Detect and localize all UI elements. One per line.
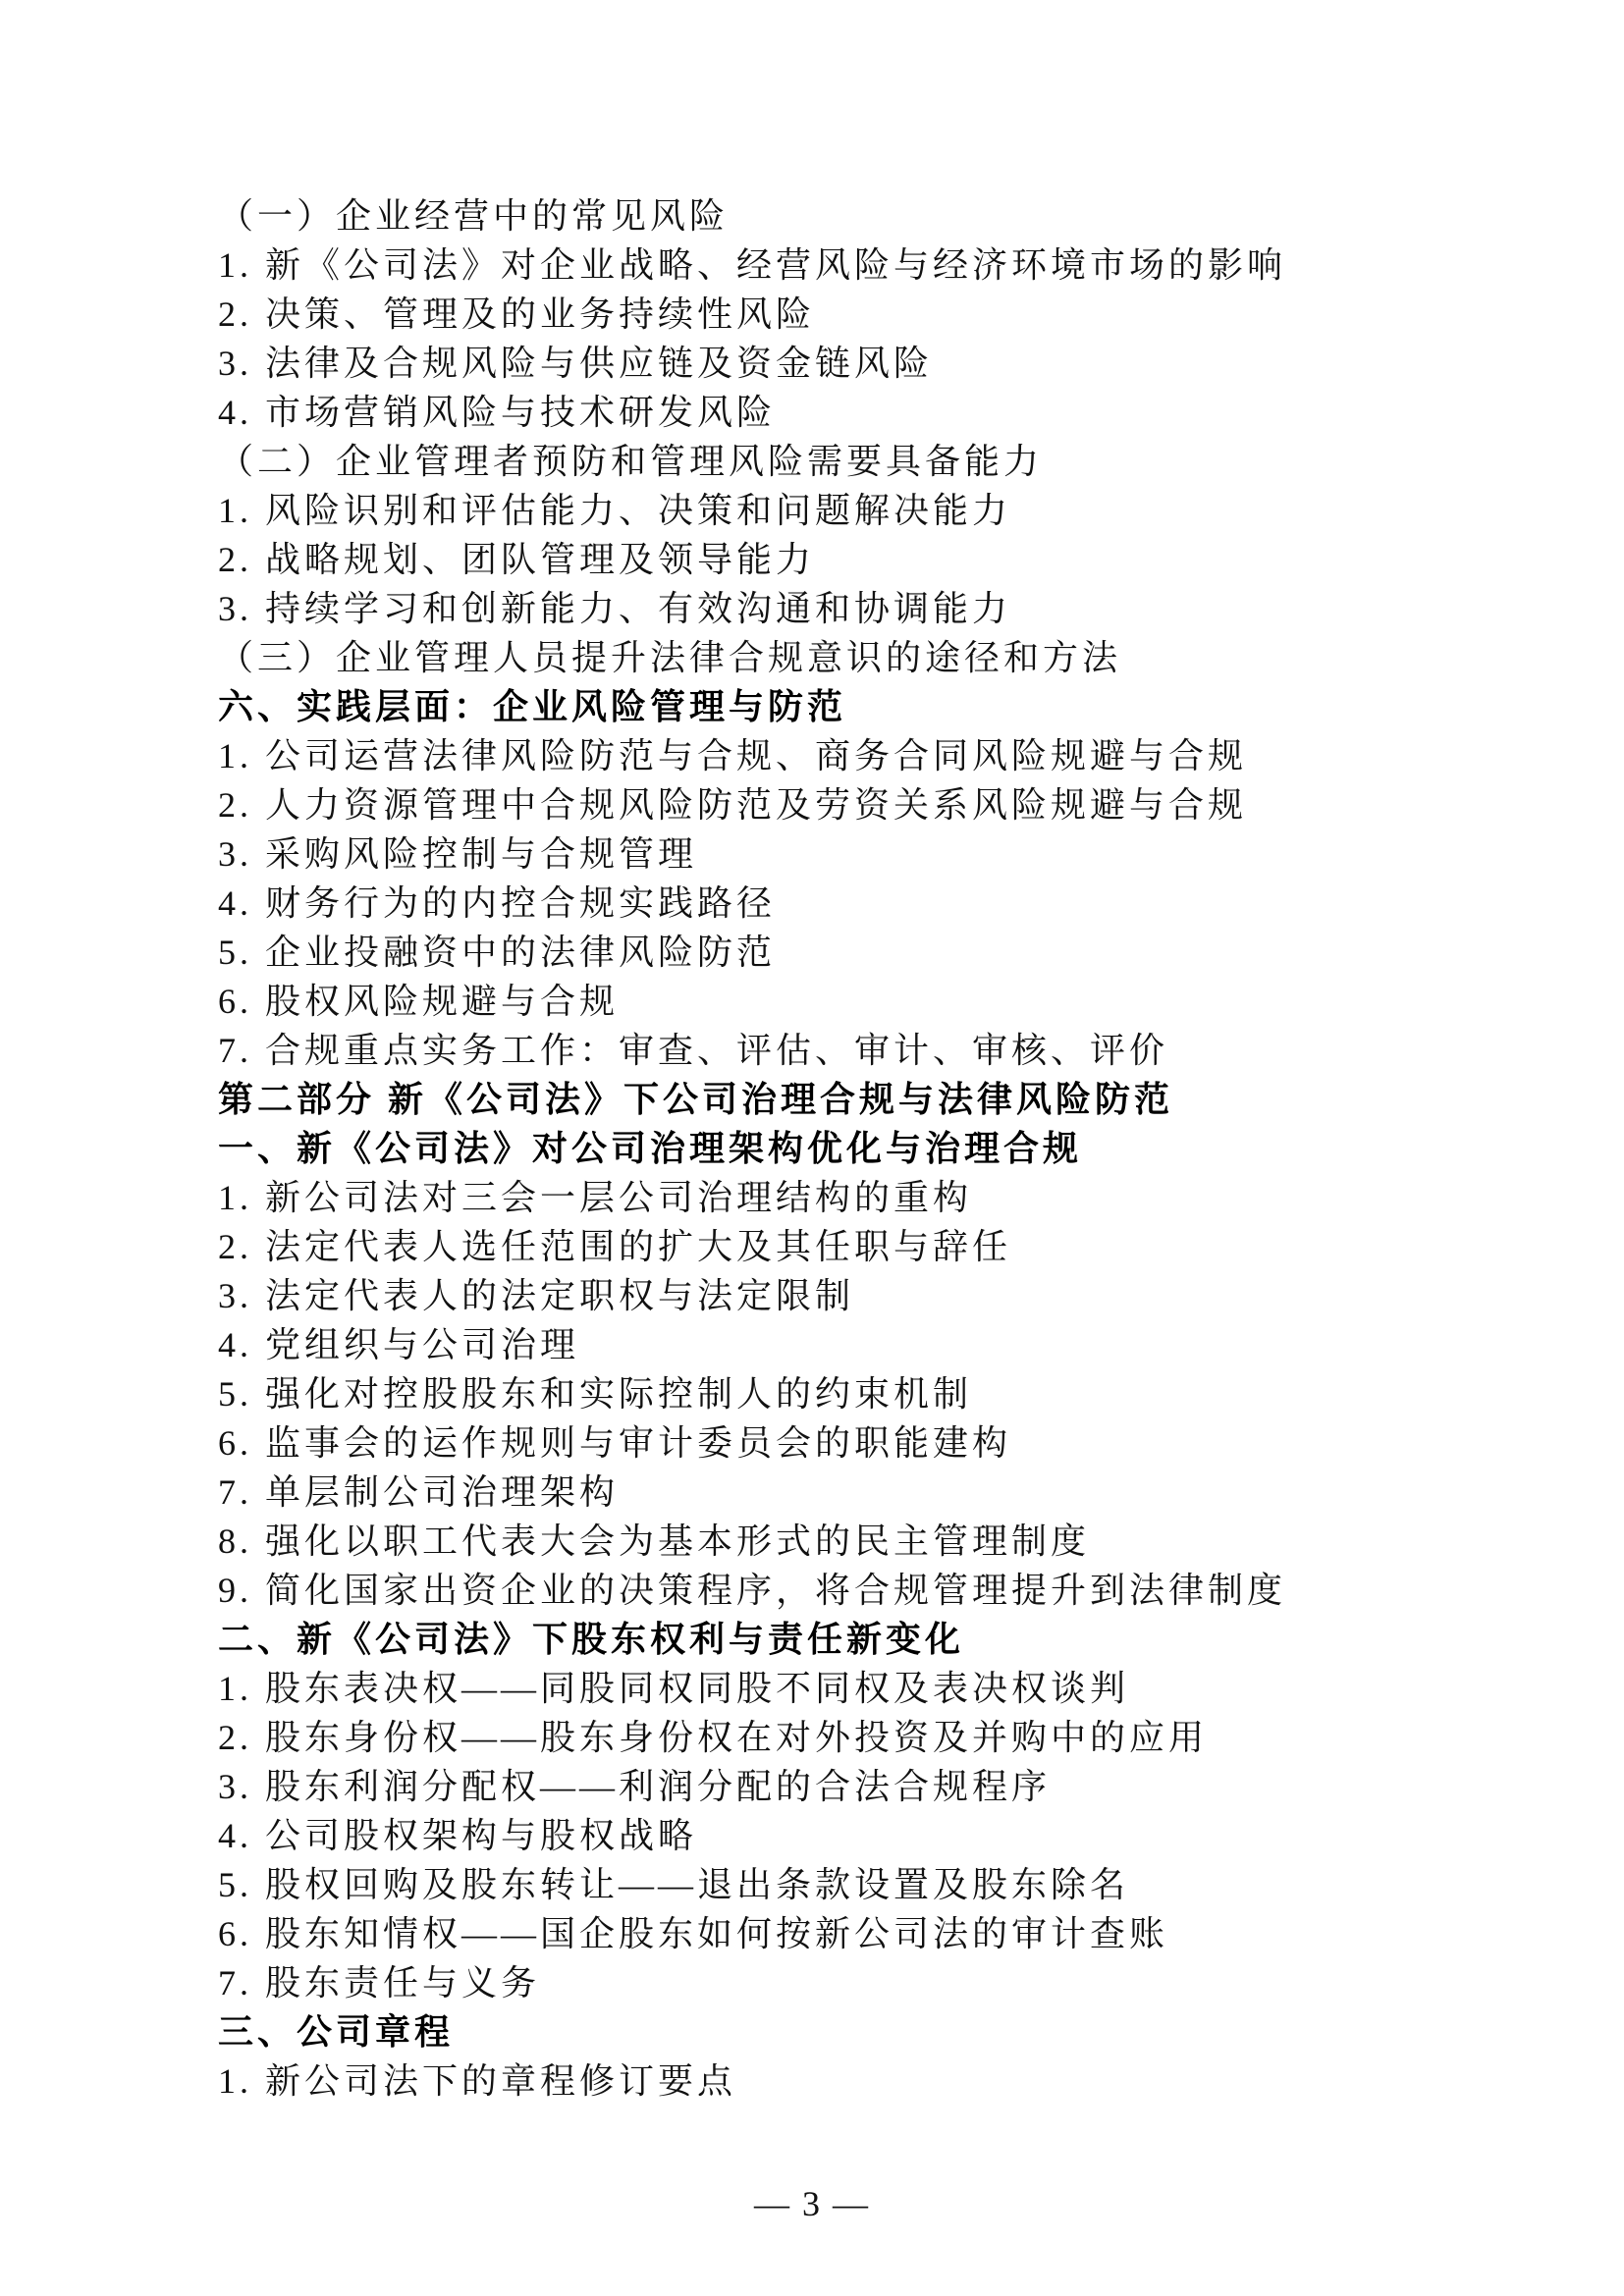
outline-line: （一）企业经营中的常见风险 xyxy=(218,191,1485,240)
outline-line: 六、实践层面：企业风险管理与防范 xyxy=(218,682,1485,731)
outline-line: 5. 企业投融资中的法律风险防范 xyxy=(218,928,1485,977)
outline-line: （三）企业管理人员提升法律合规意识的途径和方法 xyxy=(218,633,1485,682)
outline-line: 3. 采购风险控制与合规管理 xyxy=(218,829,1485,879)
outline-line: 一、新《公司法》对公司治理架构优化与治理合规 xyxy=(218,1124,1485,1173)
outline-line: 3. 法律及合规风险与供应链及资金链风险 xyxy=(218,339,1485,388)
document-body: （一）企业经营中的常见风险1. 新《公司法》对企业战略、经营风险与经济环境市场的… xyxy=(218,191,1485,2106)
outline-line: 3. 股东利润分配权——利润分配的合法合规程序 xyxy=(218,1762,1485,1811)
page-number: — 3 — xyxy=(0,2183,1624,2224)
outline-line: 2. 人力资源管理中合规风险防范及劳资关系风险规避与合规 xyxy=(218,780,1485,829)
outline-line: 1. 新公司法对三会一层公司治理结构的重构 xyxy=(218,1173,1485,1222)
outline-line: 3. 持续学习和创新能力、有效沟通和协调能力 xyxy=(218,584,1485,633)
outline-line: 4. 财务行为的内控合规实践路径 xyxy=(218,879,1485,928)
outline-line: 3. 法定代表人的法定职权与法定限制 xyxy=(218,1271,1485,1320)
outline-line: 1. 风险识别和评估能力、决策和问题解决能力 xyxy=(218,486,1485,535)
outline-line: （二）企业管理者预防和管理风险需要具备能力 xyxy=(218,437,1485,486)
outline-line: 1. 公司运营法律风险防范与合规、商务合同风险规避与合规 xyxy=(218,731,1485,780)
outline-line: 2. 战略规划、团队管理及领导能力 xyxy=(218,535,1485,584)
outline-line: 4. 市场营销风险与技术研发风险 xyxy=(218,388,1485,437)
outline-line: 2. 股东身份权——股东身份权在对外投资及并购中的应用 xyxy=(218,1713,1485,1762)
outline-line: 5. 股权回购及股东转让——退出条款设置及股东除名 xyxy=(218,1860,1485,1909)
outline-line: 7. 合规重点实务工作：审查、评估、审计、审核、评价 xyxy=(218,1026,1485,1075)
document-page: （一）企业经营中的常见风险1. 新《公司法》对企业战略、经营风险与经济环境市场的… xyxy=(0,0,1624,2296)
outline-line: 8. 强化以职工代表大会为基本形式的民主管理制度 xyxy=(218,1517,1485,1566)
outline-line: 1. 股东表决权——同股同权同股不同权及表决权谈判 xyxy=(218,1664,1485,1713)
outline-line: 三、公司章程 xyxy=(218,2007,1485,2056)
outline-line: 5. 强化对控股股东和实际控制人的约束机制 xyxy=(218,1369,1485,1418)
outline-line: 1. 新公司法下的章程修订要点 xyxy=(218,2056,1485,2106)
outline-line: 1. 新《公司法》对企业战略、经营风险与经济环境市场的影响 xyxy=(218,240,1485,290)
outline-line: 2. 法定代表人选任范围的扩大及其任职与辞任 xyxy=(218,1222,1485,1271)
outline-line: 6. 股权风险规避与合规 xyxy=(218,977,1485,1026)
outline-line: 7. 单层制公司治理架构 xyxy=(218,1468,1485,1517)
outline-line: 二、新《公司法》下股东权利与责任新变化 xyxy=(218,1615,1485,1664)
outline-line: 2. 决策、管理及的业务持续性风险 xyxy=(218,290,1485,339)
outline-line: 4. 党组织与公司治理 xyxy=(218,1320,1485,1369)
outline-line: 6. 股东知情权——国企股东如何按新公司法的审计查账 xyxy=(218,1909,1485,1958)
outline-line: 4. 公司股权架构与股权战略 xyxy=(218,1811,1485,1860)
outline-line: 7. 股东责任与义务 xyxy=(218,1958,1485,2007)
outline-line: 第二部分 新《公司法》下公司治理合规与法律风险防范 xyxy=(218,1075,1485,1124)
outline-line: 6. 监事会的运作规则与审计委员会的职能建构 xyxy=(218,1418,1485,1468)
outline-line: 9. 简化国家出资企业的决策程序，将合规管理提升到法律制度 xyxy=(218,1566,1485,1615)
